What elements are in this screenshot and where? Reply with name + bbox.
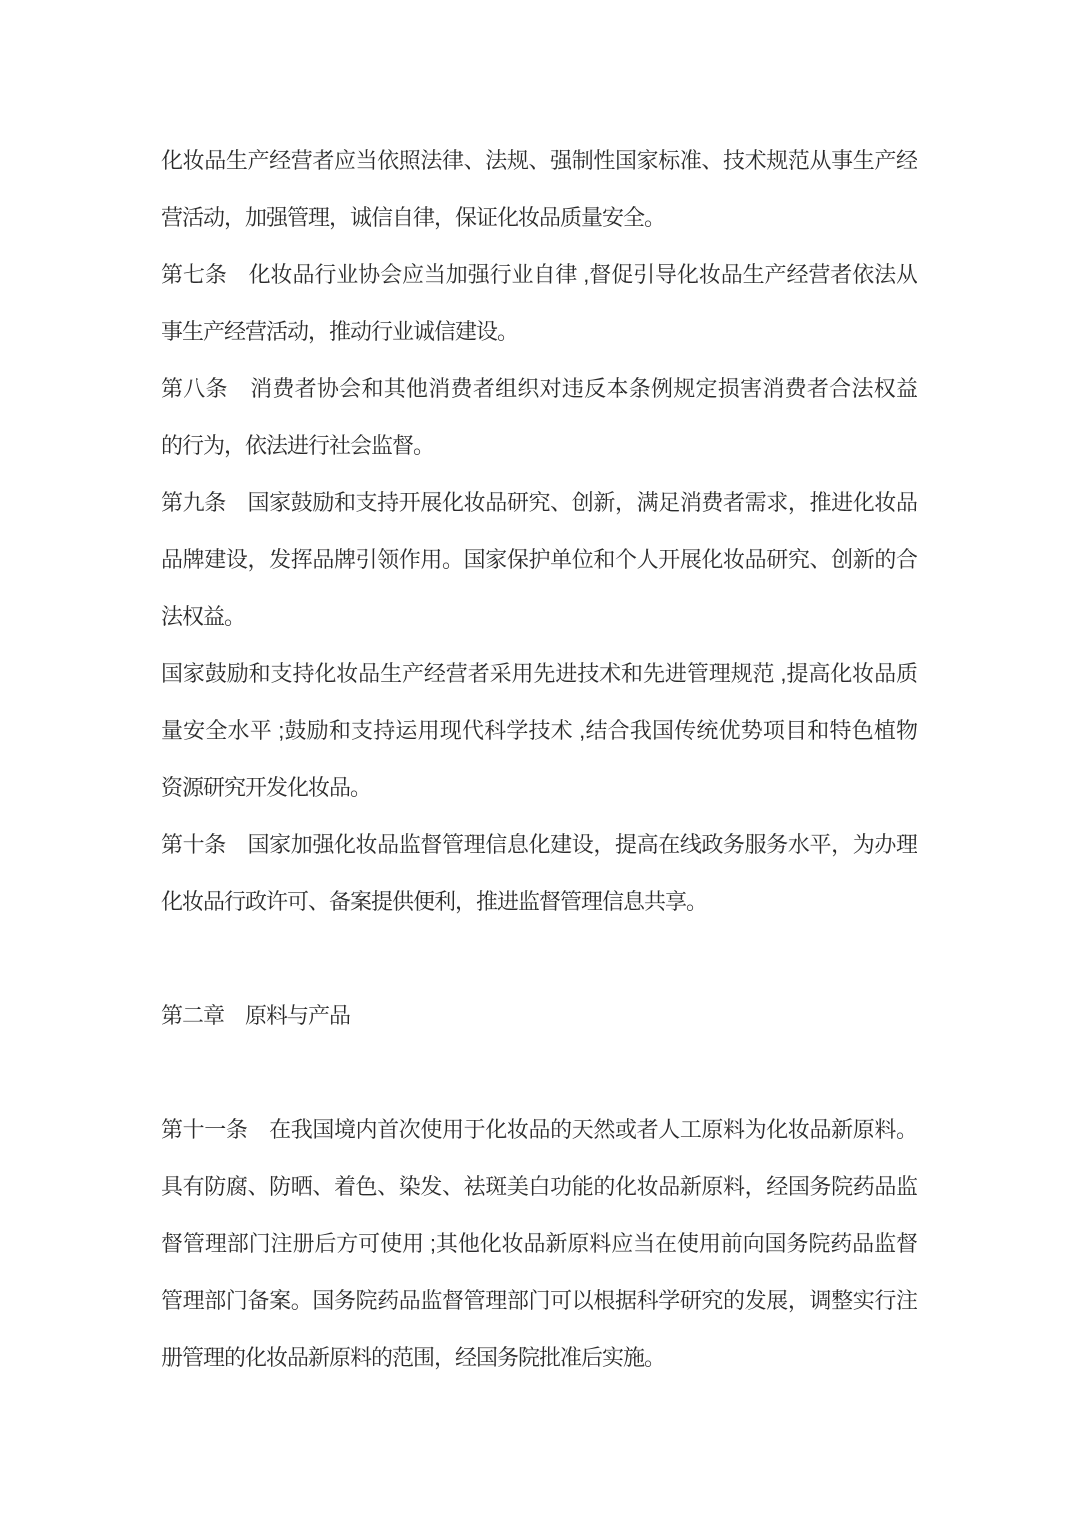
body-text-line: 资源研究开发化妆品。 [161, 759, 917, 816]
body-text-line: 第十条 国家加强化妆品监督管理信息化建设，提高在线政务服务水平，为办理 [161, 816, 917, 873]
body-text-line: 品牌建设，发挥品牌引领作用。国家保护单位和个人开展化妆品研究、创新的合 [161, 531, 917, 588]
body-text-line: 具有防腐、防晒、着色、染发、祛斑美白功能的化妆品新原料，经国务院药品监 [161, 1158, 917, 1215]
blank-line [161, 1044, 917, 1101]
body-text-line: 册管理的化妆品新原料的范围，经国务院批准后实施。 [161, 1329, 917, 1386]
body-text-line: 事生产经营活动，推动行业诚信建设。 [161, 303, 917, 360]
body-text-line: 营活动，加强管理，诚信自律，保证化妆品质量安全。 [161, 189, 917, 246]
body-text-line: 第九条 国家鼓励和支持开展化妆品研究、创新，满足消费者需求，推进化妆品 [161, 474, 917, 531]
chapter-heading: 第二章 原料与产品 [161, 987, 917, 1044]
body-text-line: 化妆品生产经营者应当依照法律、法规、强制性国家标准、技术规范从事生产经 [161, 132, 917, 189]
body-text-line: 国家鼓励和支持化妆品生产经营者采用先进技术和先进管理规范 ,提高化妆品质 [161, 645, 917, 702]
body-text-line: 第十一条 在我国境内首次使用于化妆品的天然或者人工原料为化妆品新原料。 [161, 1101, 917, 1158]
blank-line [161, 930, 917, 987]
body-text-line: 法权益。 [161, 588, 917, 645]
body-text-line: 量安全水平 ;鼓励和支持运用现代科学技术 ,结合我国传统优势项目和特色植物 [161, 702, 917, 759]
document-text-block: 化妆品生产经营者应当依照法律、法规、强制性国家标准、技术规范从事生产经营活动，加… [161, 132, 917, 1386]
body-text-line: 督管理部门注册后方可使用 ;其他化妆品新原料应当在使用前向国务院药品监督 [161, 1215, 917, 1272]
body-text-line: 第七条 化妆品行业协会应当加强行业自律 ,督促引导化妆品生产经营者依法从 [161, 246, 917, 303]
document-page: 化妆品生产经营者应当依照法律、法规、强制性国家标准、技术规范从事生产经营活动，加… [0, 0, 1074, 1520]
body-text-line: 化妆品行政许可、备案提供便利，推进监督管理信息共享。 [161, 873, 917, 930]
body-text-line: 管理部门备案。国务院药品监督管理部门可以根据科学研究的发展，调整实行注 [161, 1272, 917, 1329]
body-text-line: 的行为，依法进行社会监督。 [161, 417, 917, 474]
body-text-line: 第八条 消费者协会和其他消费者组织对违反本条例规定损害消费者合法权益 [161, 360, 917, 417]
